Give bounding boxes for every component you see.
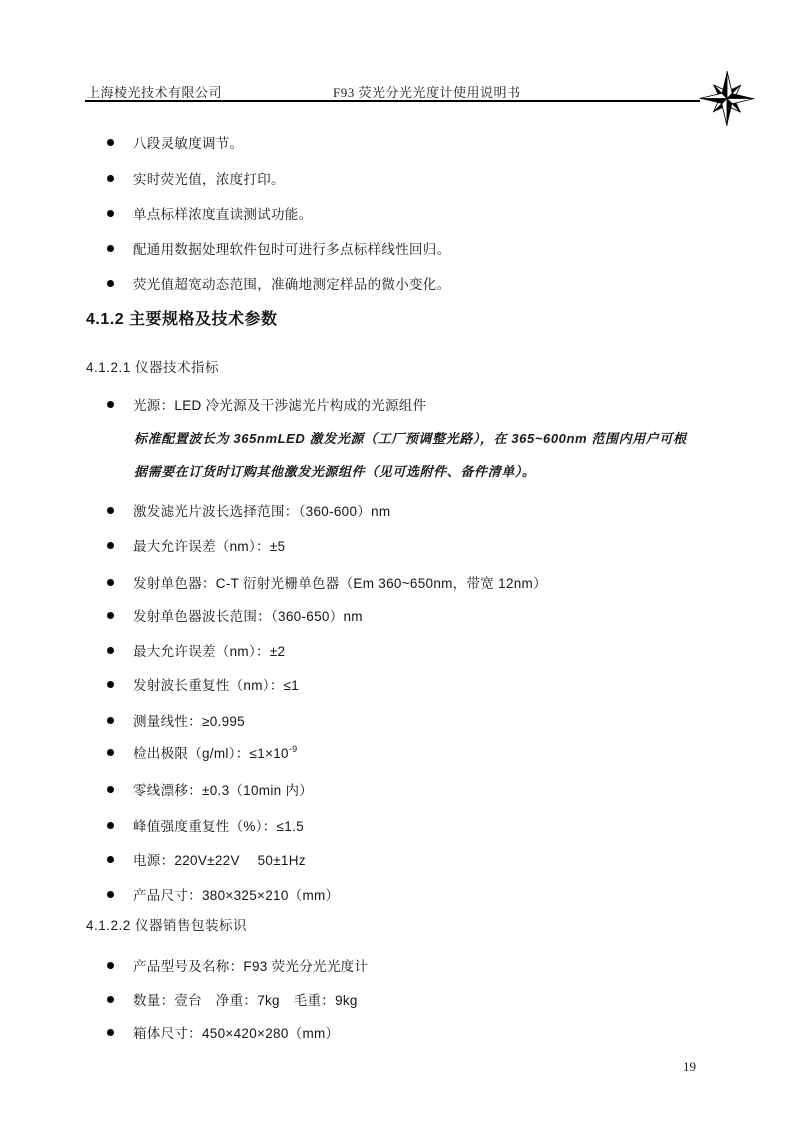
spec-item: 激发滤光片波长选择范围：（360-600）nm [107, 499, 390, 521]
feature-text: 实时荧光值，浓度打印。 [133, 168, 285, 188]
bullet-icon [107, 856, 114, 863]
bullet-icon [107, 891, 114, 898]
bullet-icon [107, 996, 114, 1003]
spec-text: 峰值强度重复性（%）：≤1.5 [133, 815, 304, 835]
spec-text: 零线漂移：±0.3（10min 内） [133, 779, 313, 799]
bullet-icon [107, 280, 114, 287]
bullet-icon [107, 245, 114, 252]
bullet-icon [107, 139, 114, 146]
packaging-text: 数量：壹台 净重：7kg 毛重：9kg [133, 989, 358, 1009]
subsection-heading-packaging: 4.1.2.2 仪器销售包装标识 [86, 914, 247, 934]
doc-title: F93 荧光分光光度计使用说明书 [333, 82, 520, 101]
spec-text: 发射波长重复性（nm）：≤1 [133, 674, 299, 694]
subsection-heading-tech: 4.1.2.1 仪器技术指标 [86, 356, 219, 376]
spec-text: 最大允许误差（nm）：±5 [133, 535, 285, 555]
feature-text: 八段灵敏度调节。 [133, 132, 243, 152]
feature-item: 单点标样浓度直读测试功能。 [107, 202, 312, 224]
bullet-icon [107, 681, 114, 688]
note-line: 标准配置波长为 365nmLED 激发光源（工厂预调整光路），在 365~600… [134, 428, 687, 447]
feature-text: 荧光值超宽动态范围，准确地测定样品的微小变化。 [133, 273, 450, 293]
page-number: 19 [683, 1059, 696, 1075]
bullet-icon [107, 210, 114, 217]
bullet-icon [107, 542, 114, 549]
bullet-icon [107, 612, 114, 619]
packaging-text: 箱体尺寸：450×420×280（mm） [133, 1022, 339, 1042]
spec-text: 最大允许误差（nm）：±2 [133, 640, 285, 660]
spec-item: 零线漂移：±0.3（10min 内） [107, 778, 313, 800]
spec-text-base: 检出极限（g/ml）：≤1×10 [133, 746, 289, 761]
note-line: 据需要在订货时订购其他激发光源组件（见可选附件、备件清单）。 [134, 461, 536, 480]
bullet-icon [107, 962, 114, 969]
spec-text: 检出极限（g/ml）：≤1×10-9 [133, 742, 297, 762]
spec-item: 最大允许误差（nm）：±2 [107, 639, 285, 661]
spec-item: 发射单色器波长范围：（360-650）nm [107, 604, 363, 626]
section-heading: 4.1.2 主要规格及技术参数 [86, 306, 278, 329]
bullet-icon [107, 579, 114, 586]
bullet-icon [107, 647, 114, 654]
bullet-icon [107, 1029, 114, 1036]
bullet-icon [107, 786, 114, 793]
bullet-icon [107, 822, 114, 829]
bullet-icon [107, 175, 114, 182]
spec-text: 光源：LED 冷光源及干涉滤光片构成的光源组件 [133, 394, 426, 414]
packaging-item: 数量：壹台 净重：7kg 毛重：9kg [107, 988, 358, 1010]
spec-text: 激发滤光片波长选择范围：（360-600）nm [133, 500, 390, 520]
spec-text: 测量线性：≥0.995 [133, 710, 245, 730]
spec-item: 发射波长重复性（nm）：≤1 [107, 673, 299, 695]
spec-item: 峰值强度重复性（%）：≤1.5 [107, 814, 304, 836]
spec-item: 检出极限（g/ml）：≤1×10-9 [107, 741, 297, 763]
spec-item: 光源：LED 冷光源及干涉滤光片构成的光源组件 [107, 393, 426, 415]
feature-item: 配通用数据处理软件包时可进行多点标样线性回归。 [107, 237, 450, 259]
spec-text: 发射单色器：C-T 衍射光栅单色器（Em 360~650nm，带宽 12nm） [133, 572, 547, 592]
spec-item: 产品尺寸：380×325×210（mm） [107, 883, 339, 905]
spec-item: 测量线性：≥0.995 [107, 709, 245, 731]
spec-item: 发射单色器：C-T 衍射光栅单色器（Em 360~650nm，带宽 12nm） [107, 571, 547, 593]
spec-text: 产品尺寸：380×325×210（mm） [133, 884, 339, 904]
packaging-text: 产品型号及名称：F93 荧光分光光度计 [133, 955, 368, 975]
spec-text: 发射单色器波长范围：（360-650）nm [133, 605, 363, 625]
bullet-icon [107, 717, 114, 724]
header-rule [85, 100, 700, 102]
feature-item: 八段灵敏度调节。 [107, 131, 243, 153]
feature-text: 单点标样浓度直读测试功能。 [133, 203, 312, 223]
document-page: 上海棱光技术有限公司 F93 荧光分光光度计使用说明书 八段灵敏度调节。 实时荧… [0, 0, 793, 1122]
feature-text: 配通用数据处理软件包时可进行多点标样线性回归。 [133, 238, 450, 258]
spec-item: 最大允许误差（nm）：±5 [107, 534, 285, 556]
feature-item: 实时荧光值，浓度打印。 [107, 167, 285, 189]
bullet-icon [107, 749, 114, 756]
compass-rose-icon [698, 70, 756, 127]
feature-item: 荧光值超宽动态范围，准确地测定样品的微小变化。 [107, 272, 450, 294]
spec-text-exponent: -9 [289, 744, 298, 754]
packaging-item: 产品型号及名称：F93 荧光分光光度计 [107, 954, 368, 976]
packaging-item: 箱体尺寸：450×420×280（mm） [107, 1021, 339, 1043]
bullet-icon [107, 507, 114, 514]
spec-text: 电源：220V±22V 50±1Hz [133, 849, 306, 869]
spec-item: 电源：220V±22V 50±1Hz [107, 848, 306, 870]
company-name: 上海棱光技术有限公司 [87, 82, 222, 101]
bullet-icon [107, 401, 114, 408]
